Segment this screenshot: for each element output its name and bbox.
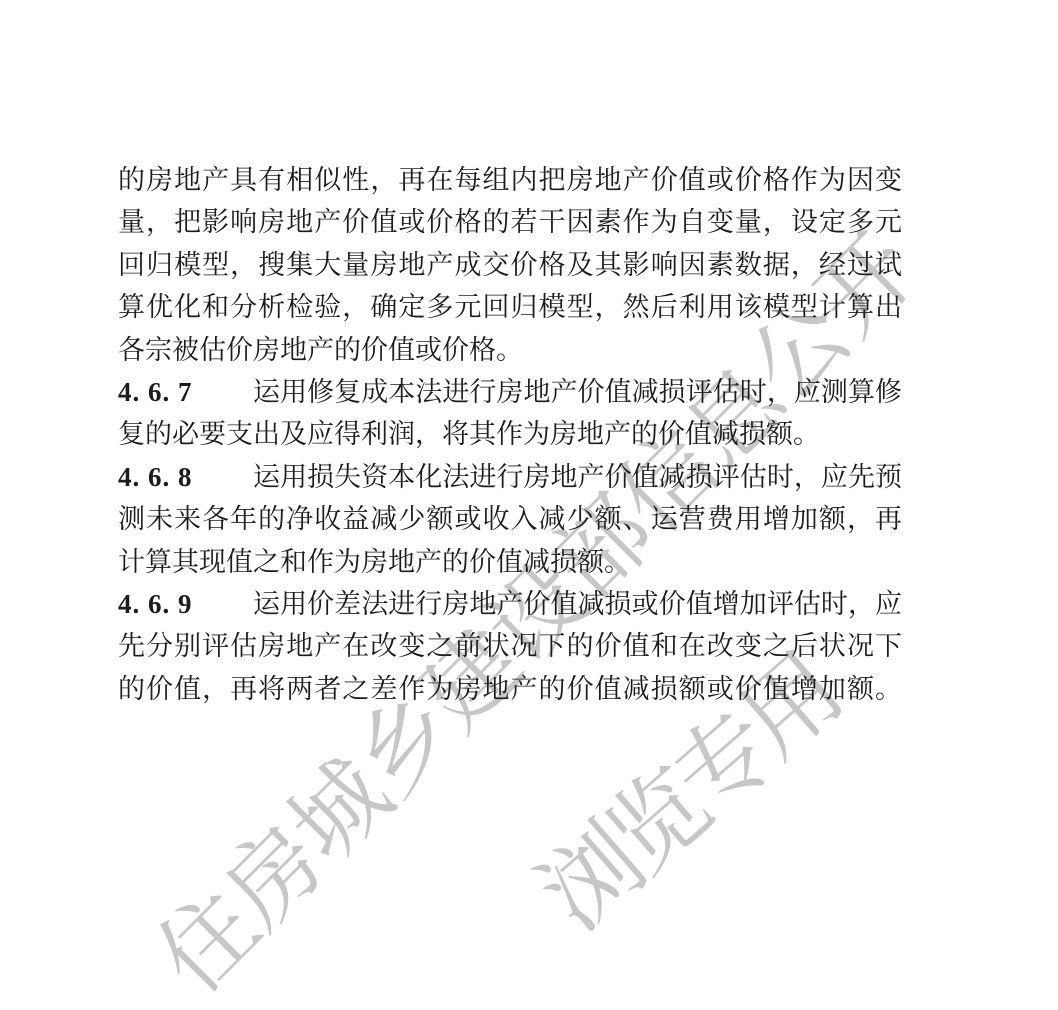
text-line-5: 各宗被估价房地产的价值或价格。	[118, 329, 902, 371]
text-line-10: 计算其现值之和作为房地产的价值减损额。	[118, 541, 902, 583]
text-line-12: 先分别评估房地产在改变之前状况下的价值和在改变之后状况下	[118, 625, 902, 667]
text-line-7: 复的必要支出及应得利润，将其作为房地产的价值减损额。	[118, 413, 902, 455]
section-number-467: 4. 6. 7	[118, 371, 253, 413]
section-line-469: 4. 6. 9运用价差法进行房地产价值减损或价值增加评估时，应	[118, 583, 902, 625]
section-text-467: 运用修复成本法进行房地产价值减损评估时，应测算修	[253, 377, 902, 407]
section-text-469: 运用价差法进行房地产价值减损或价值增加评估时，应	[253, 589, 902, 619]
body-text: 的房地产具有相似性，再在每组内把房地产价值或价格作为因变 量，把影响房地产价值或…	[118, 159, 902, 710]
section-line-468: 4. 6. 8运用损失资本化法进行房地产价值减损评估时，应先预	[118, 456, 902, 498]
section-number-468: 4. 6. 8	[118, 456, 253, 498]
text-line-1: 的房地产具有相似性，再在每组内把房地产价值或价格作为因变	[118, 159, 902, 201]
text-line-9: 测未来各年的净收益减少额或收入减少额、运营费用增加额，再	[118, 498, 902, 540]
text-line-2: 量，把影响房地产价值或价格的若干因素作为自变量，设定多元	[118, 201, 902, 243]
document-page: 住房城乡建设部信息公开 浏览专用 的房地产具有相似性，再在每组内把房地产价值或价…	[0, 0, 1058, 1010]
text-line-3: 回归模型，搜集大量房地产成交价格及其影响因素数据，经过试	[118, 244, 902, 286]
section-number-469: 4. 6. 9	[118, 583, 253, 625]
section-line-467: 4. 6. 7运用修复成本法进行房地产价值减损评估时，应测算修	[118, 371, 902, 413]
text-line-13: 的价值，再将两者之差作为房地产的价值减损额或价值增加额。	[118, 668, 902, 710]
section-text-468: 运用损失资本化法进行房地产价值减损评估时，应先预	[253, 462, 902, 492]
text-line-4: 算优化和分析检验，确定多元回归模型，然后利用该模型计算出	[118, 286, 902, 328]
